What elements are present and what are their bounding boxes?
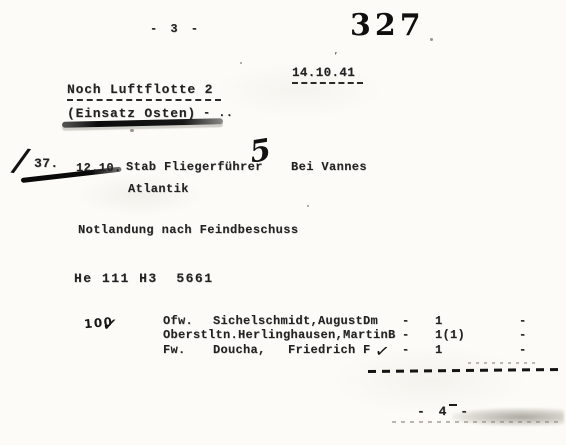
- handwritten-unit-number: 5: [247, 133, 273, 171]
- crew-dash: -: [519, 343, 527, 357]
- handwritten-slash-mark: /: [12, 140, 29, 179]
- stray-mark: ’: [334, 50, 338, 63]
- crew-rank: Oberstltn.: [163, 328, 238, 342]
- crew-code: Dm: [363, 314, 378, 328]
- crew-row: Oberstltn.Herlinghausen,MartinB - 1(1) -: [163, 328, 563, 342]
- noise-speck: [307, 205, 309, 207]
- page-number-top: - 3 -: [150, 22, 201, 36]
- entry-number: 37.: [34, 156, 59, 171]
- noise-speck: [240, 62, 242, 64]
- crew-rank: Ofw.: [163, 314, 213, 328]
- crew-rank: Fw.: [163, 343, 213, 357]
- crew-dash: -: [402, 314, 410, 328]
- noise-speck: [130, 129, 134, 132]
- crew-name: Doucha, Friedrich: [213, 343, 363, 357]
- crew-list: Ofw.Sichelschmidt,AugustDm - 1 - Oberstl…: [163, 314, 563, 357]
- crew-dash: -: [402, 328, 410, 342]
- crew-count: 1: [435, 314, 443, 328]
- archive-stamp-number: 327: [350, 8, 425, 43]
- entry-unit: Stab Fliegerführer: [126, 160, 263, 174]
- scanned-document-page: - 3 - 327 ’ 14.10.41 Noch Luftflotte 2 (…: [0, 0, 566, 445]
- dashed-rule: [368, 368, 564, 373]
- checkmark-icon: ✓: [101, 313, 119, 337]
- crew-dash: -: [402, 343, 410, 357]
- crew-dash: -: [519, 314, 527, 328]
- crew-name: Herlinghausen,Martin: [238, 328, 388, 342]
- crew-row: Fw.Doucha, FriedrichF - 1 -: [163, 343, 563, 357]
- noise-speck: [430, 38, 433, 41]
- crew-code: B: [388, 328, 396, 342]
- event-description: Notlandung nach Feindbeschuss: [78, 223, 298, 237]
- crew-row: Ofw.Sichelschmidt,AugustDm - 1 -: [163, 314, 563, 328]
- crew-count: 1: [435, 343, 443, 357]
- entry-date: 12.10.: [76, 161, 122, 175]
- scan-smudge: [452, 408, 564, 426]
- double-dash-mark: [449, 404, 457, 406]
- crew-name: Sichelschmidt,August: [213, 314, 363, 328]
- report-date: 14.10.41: [292, 66, 363, 84]
- checkmark-icon: ✓: [373, 341, 391, 363]
- entry-location: Bei Vannes: [291, 160, 367, 174]
- aircraft-type-serial: He 111 H3 5661: [74, 271, 214, 286]
- entry-unit-detail: Atlantik: [128, 182, 189, 196]
- crew-code: F: [363, 343, 371, 357]
- faint-dotted-rule: [468, 362, 540, 364]
- crew-count: 1(1): [435, 328, 465, 342]
- crew-dash: -: [519, 328, 527, 342]
- header-unit-line: Noch Luftflotte 2: [67, 82, 221, 101]
